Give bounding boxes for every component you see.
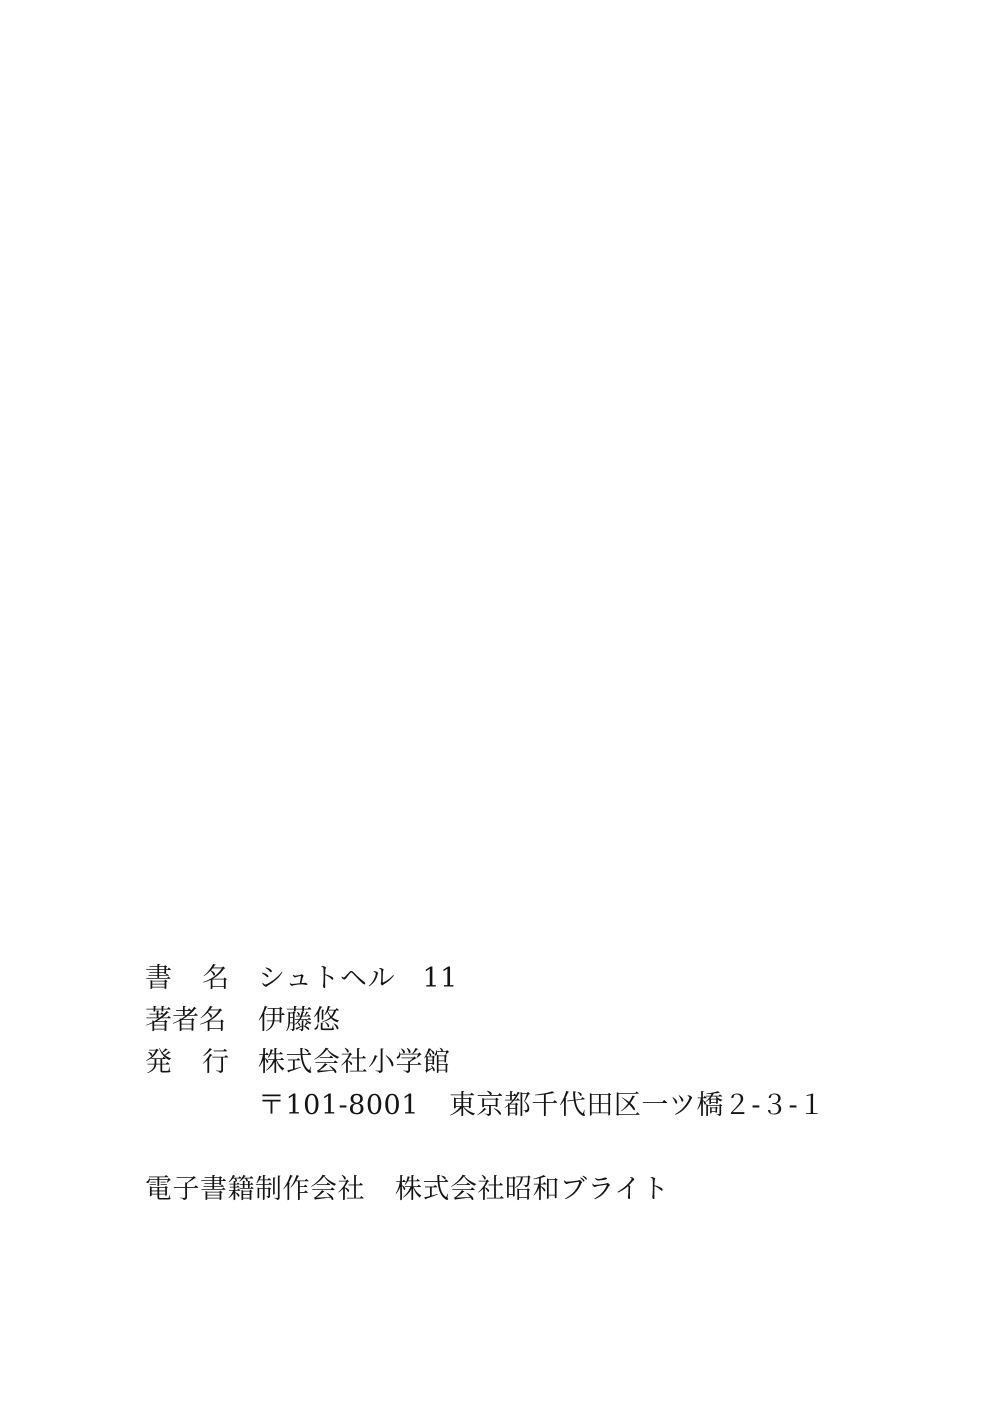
book-title: シュトヘル 11 (258, 965, 458, 992)
title-label: 書 名 (145, 965, 258, 992)
author-row: 著者名 伊藤悠 (145, 999, 905, 1041)
publisher-label-char-2: 行 (202, 1049, 229, 1076)
title-label-char-2: 名 (202, 965, 229, 992)
author-label: 著者名 (145, 1007, 258, 1034)
title-row: 書 名 シュトヘル 11 (145, 957, 905, 999)
colophon: 書 名 シュトヘル 11 著者名 伊藤悠 発 行 株式会社小学館 〒101‐80… (145, 957, 905, 1210)
ebook-production-company: 株式会社昭和ブライト (395, 1176, 669, 1203)
author-name: 伊藤悠 (258, 1007, 341, 1034)
title-label-char-1: 書 (145, 965, 172, 992)
postal-code: 〒101‐8001 (258, 1090, 419, 1121)
publisher-label: 発 行 (145, 1049, 258, 1076)
street-address: 東京都千代田区一ツ橋２‐３‐１ (449, 1090, 826, 1121)
ebook-production-row: 電子書籍制作会社株式会社昭和ブライト (145, 1168, 905, 1210)
ebook-production-label: 電子書籍制作会社 (145, 1176, 365, 1203)
publisher-name: 株式会社小学館 (258, 1049, 451, 1076)
address-row: 〒101‐8001東京都千代田区一ツ橋２‐３‐１ (145, 1084, 905, 1126)
author-label-text: 著者名 (145, 1007, 226, 1034)
publisher-address: 〒101‐8001東京都千代田区一ツ橋２‐３‐１ (258, 1092, 826, 1119)
publisher-label-char-1: 発 (145, 1049, 172, 1076)
publisher-row: 発 行 株式会社小学館 (145, 1041, 905, 1083)
